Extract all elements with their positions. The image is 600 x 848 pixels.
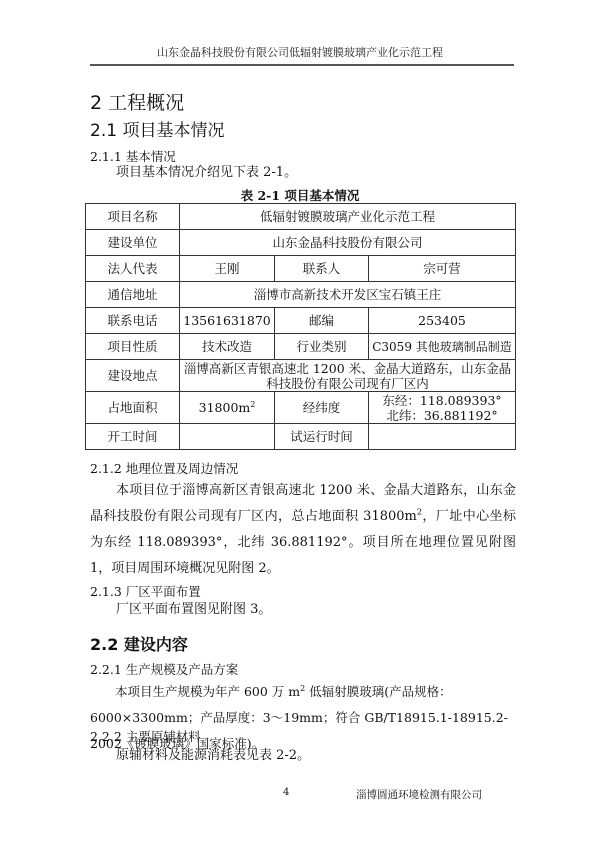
running-header: 山东金晶科技股份有限公司低辐射镀膜玻璃产业化示范工程 <box>0 44 600 60</box>
table-label: 邮编 <box>275 308 369 334</box>
table-label: 行业类别 <box>275 334 369 360</box>
paragraph-2-1-2: 本项目位于淄博高新区青银高速北 1200 米、金晶大道路东，山东金晶科技股份有限… <box>90 478 516 582</box>
subsection-heading-2-1-2: 2.1.2 地理位置及周边情况 <box>90 459 238 477</box>
table-label: 联系人 <box>275 256 369 282</box>
table-value: C3059 其他玻璃制品制造 <box>369 334 516 360</box>
table-label: 开工时间 <box>86 424 180 450</box>
table-label: 通信地址 <box>86 282 180 308</box>
table-row: 开工时间 试运行时间 <box>86 424 516 450</box>
table-row: 法人代表 王刚 联系人 宗可营 <box>86 256 516 282</box>
table-value: 253405 <box>369 308 516 334</box>
longitude-value: 东经：118.089393° <box>371 393 513 408</box>
table-row: 通信地址 淄博市高新技术开发区宝石镇王庄 <box>86 282 516 308</box>
table-row: 项目性质 技术改造 行业类别 C3059 其他玻璃制品制造 <box>86 334 516 360</box>
table-row: 建设单位 山东金晶科技股份有限公司 <box>86 230 516 256</box>
footer-company: 淄博圆通环境检测有限公司 <box>356 787 482 802</box>
subsection-heading-2-2-1: 2.2.1 生产规模及产品方案 <box>90 660 238 678</box>
table-value: 山东金晶科技股份有限公司 <box>180 230 516 256</box>
table-label: 试运行时间 <box>275 424 369 450</box>
paragraph-2-1-1: 项目基本情况介绍见下表 2-1。 <box>116 160 297 186</box>
table-label: 法人代表 <box>86 256 180 282</box>
table-label: 项目性质 <box>86 334 180 360</box>
table-value: 31800m2 <box>180 392 275 424</box>
table-value: 13561631870 <box>180 308 275 334</box>
header-divider <box>90 64 514 66</box>
table-value: 宗可营 <box>369 256 516 282</box>
table-value: 王刚 <box>180 256 275 282</box>
table-caption: 表 2-1 项目基本情况 <box>0 186 600 204</box>
table-row: 联系电话 13561631870 邮编 253405 <box>86 308 516 334</box>
table-value: 低辐射镀膜玻璃产业化示范工程 <box>180 204 516 230</box>
table-value: 淄博高新区青银高速北 1200 米、金晶大道路东，山东金晶科技股份有限公司现有厂… <box>180 360 516 392</box>
area-value: 31800m <box>199 400 251 415</box>
table-label: 经纬度 <box>275 392 369 424</box>
section-heading-2-1: 2.1 项目基本情况 <box>90 116 224 141</box>
table-row: 项目名称 低辐射镀膜玻璃产业化示范工程 <box>86 204 516 230</box>
paragraph-2-2-2: 原辅材料及能源消耗表见表 2-2。 <box>116 743 310 769</box>
table-value: 淄博市高新技术开发区宝石镇王庄 <box>180 282 516 308</box>
section-heading-2-2: 2.2 建设内容 <box>90 632 188 655</box>
table-label: 联系电话 <box>86 308 180 334</box>
table-label: 项目名称 <box>86 204 180 230</box>
table-value: 技术改造 <box>180 334 275 360</box>
table-value: 东经：118.089393° 北纬：36.881192° <box>369 392 516 424</box>
project-info-table: 项目名称 低辐射镀膜玻璃产业化示范工程 建设单位 山东金晶科技股份有限公司 法人… <box>85 203 516 450</box>
table-value <box>180 424 275 450</box>
table-label: 占地面积 <box>86 392 180 424</box>
area-exponent: 2 <box>250 399 255 408</box>
paragraph-2-1-3: 厂区平面布置图见附图 3。 <box>116 597 271 623</box>
table-row: 建设地点 淄博高新区青银高速北 1200 米、金晶大道路东，山东金晶科技股份有限… <box>86 360 516 392</box>
table-row: 占地面积 31800m2 经纬度 东经：118.089393° 北纬：36.88… <box>86 392 516 424</box>
latitude-value: 北纬：36.881192° <box>371 408 513 423</box>
table-label: 建设单位 <box>86 230 180 256</box>
page-number: 4 <box>283 787 289 798</box>
table-label: 建设地点 <box>86 360 180 392</box>
table-value <box>369 424 516 450</box>
section-heading-2: 2 工程概况 <box>90 88 184 115</box>
